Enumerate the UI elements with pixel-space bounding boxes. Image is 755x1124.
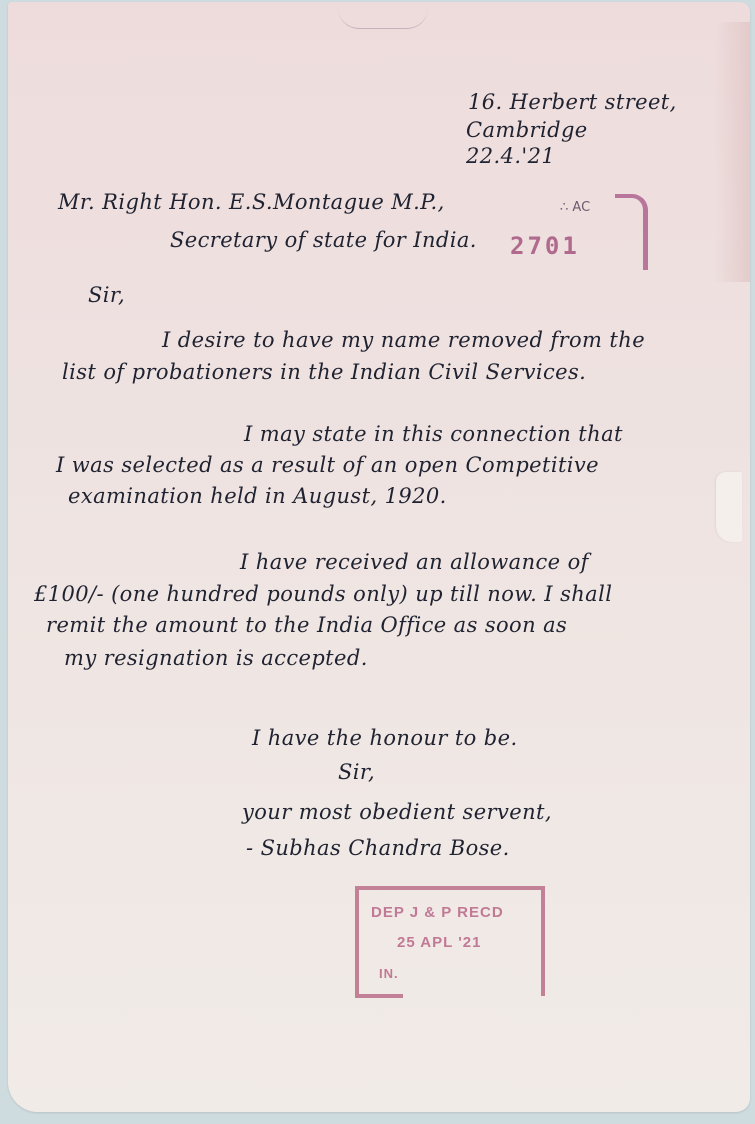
- paragraph-1-line-1: I desire to have my name removed from th…: [162, 330, 645, 351]
- closing-line-1: I have the honour to be.: [252, 728, 518, 749]
- paper-tear-top: [338, 8, 428, 29]
- address-line-city: Cambridge: [466, 120, 588, 141]
- paragraph-2-line-3: examination held in August, 1920.: [68, 486, 447, 507]
- paragraph-3-line-3: remit the amount to the India Office as …: [46, 615, 567, 636]
- signature: - Subhas Chandra Bose.: [246, 838, 510, 859]
- salutation: Sir,: [88, 285, 125, 306]
- paragraph-2-line-1: I may state in this connection that: [244, 424, 623, 445]
- received-stamp-date: 25 APL '21: [397, 934, 481, 951]
- closing-line-2: Sir,: [338, 762, 375, 783]
- paper-tear-right: [716, 472, 742, 542]
- paper-stain-edge: [714, 22, 750, 282]
- letter-date: 22.4.'21: [466, 146, 555, 167]
- address-line-street: 16. Herbert street,: [468, 92, 677, 113]
- registry-stamp-marks: ∴ AC: [560, 200, 590, 215]
- recipient-name: Mr. Right Hon. E.S.Montague M.P.,: [58, 192, 445, 213]
- paragraph-3-line-2: £100/- (one hundred pounds only) up till…: [34, 584, 612, 605]
- paragraph-2-line-2: I was selected as a result of an open Co…: [56, 455, 599, 476]
- received-stamp-mark: IN.: [379, 966, 399, 981]
- paragraph-1-line-2: list of probationers in the Indian Civil…: [62, 362, 586, 383]
- recipient-title: Secretary of state for India.: [170, 230, 477, 251]
- registry-stamp-bracket: [615, 194, 648, 270]
- registry-stamp-number: 2701: [510, 232, 580, 260]
- closing-line-3: your most obedient servent,: [242, 802, 552, 823]
- received-stamp-dept: DEP J & P RECD: [371, 904, 504, 921]
- received-stamp: DEP J & P RECD 25 APL '21 IN.: [355, 886, 545, 996]
- paragraph-3-line-1: I have received an allowance of: [240, 552, 589, 573]
- paragraph-3-line-4: my resignation is accepted.: [64, 648, 368, 669]
